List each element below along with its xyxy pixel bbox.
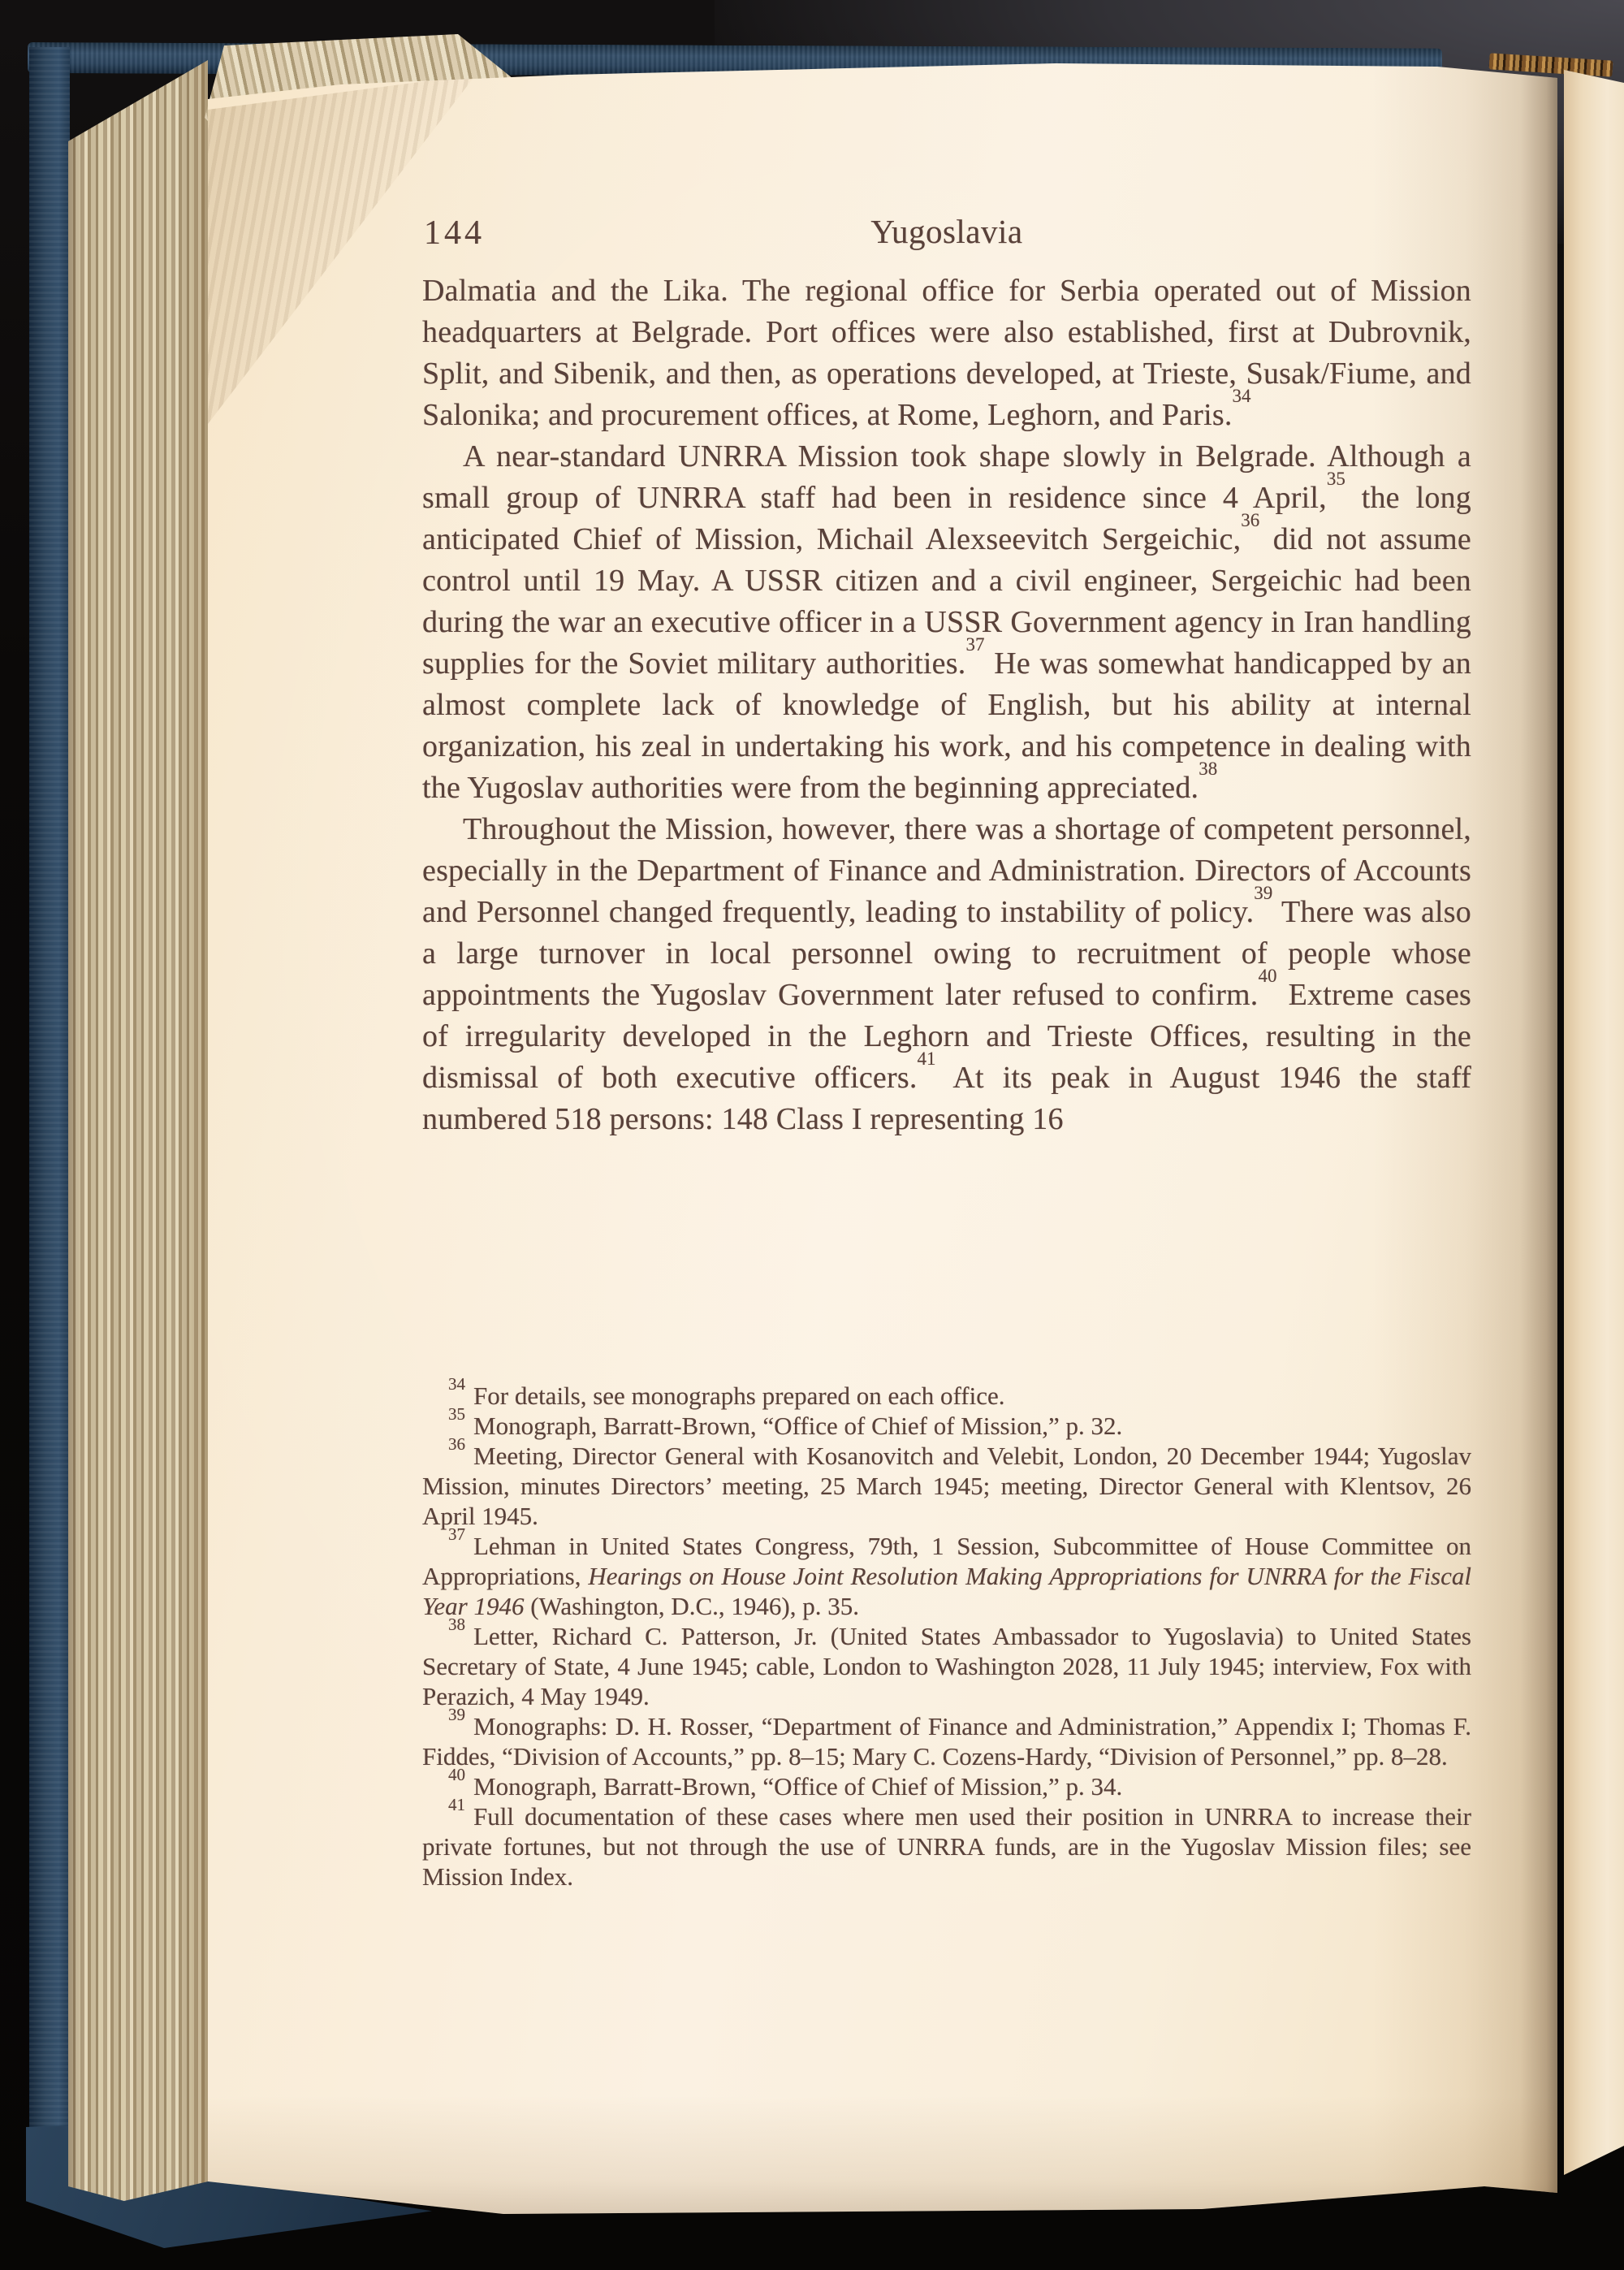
footnote-number: 38 — [448, 1615, 465, 1634]
footnote: 35Monograph, Barratt-Brown, “Office of C… — [422, 1411, 1471, 1441]
paragraph: Dalmatia and the Lika. The regional offi… — [422, 270, 1471, 436]
footnote: 39Monographs: D. H. Rosser, “Department … — [422, 1711, 1471, 1771]
footnotes: 34For details, see monographs prepared o… — [422, 1381, 1471, 1892]
paragraph: Throughout the Mission, however, there w… — [422, 809, 1471, 1140]
book-cover-left-edge — [29, 47, 70, 2198]
footnote-number: 34 — [448, 1374, 465, 1394]
footnote: 38Letter, Richard C. Patterson, Jr. (Uni… — [422, 1621, 1471, 1711]
footnote-number: 35 — [448, 1404, 465, 1424]
running-head: Yugoslavia — [422, 213, 1471, 250]
footnote: 37Lehman in United States Congress, 79th… — [422, 1531, 1471, 1621]
footnote: 34For details, see monographs prepared o… — [422, 1381, 1471, 1411]
footnote: 40Monograph, Barratt-Brown, “Office of C… — [422, 1771, 1471, 1801]
footnote-number: 36 — [448, 1434, 465, 1454]
paragraph: A near-standard UNRRA Mission took shape… — [422, 436, 1471, 809]
footnote-number: 39 — [448, 1705, 465, 1724]
footnote: 41Full documentation of these cases wher… — [422, 1801, 1471, 1892]
book-page: 144 Yugoslavia Dalmatia and the Lika. Th… — [0, 0, 1624, 2270]
footnote-number: 37 — [448, 1524, 465, 1544]
footnote: 36Meeting, Director General with Kosanov… — [422, 1441, 1471, 1531]
footnote-number: 41 — [448, 1795, 465, 1814]
footnote-number: 40 — [448, 1765, 465, 1784]
facing-page-edge — [1564, 70, 1624, 2175]
body-paragraphs: Dalmatia and the Lika. The regional offi… — [422, 270, 1471, 1140]
page-bottom-shadow — [208, 2095, 1557, 2217]
page-fore-edges — [68, 36, 208, 2203]
